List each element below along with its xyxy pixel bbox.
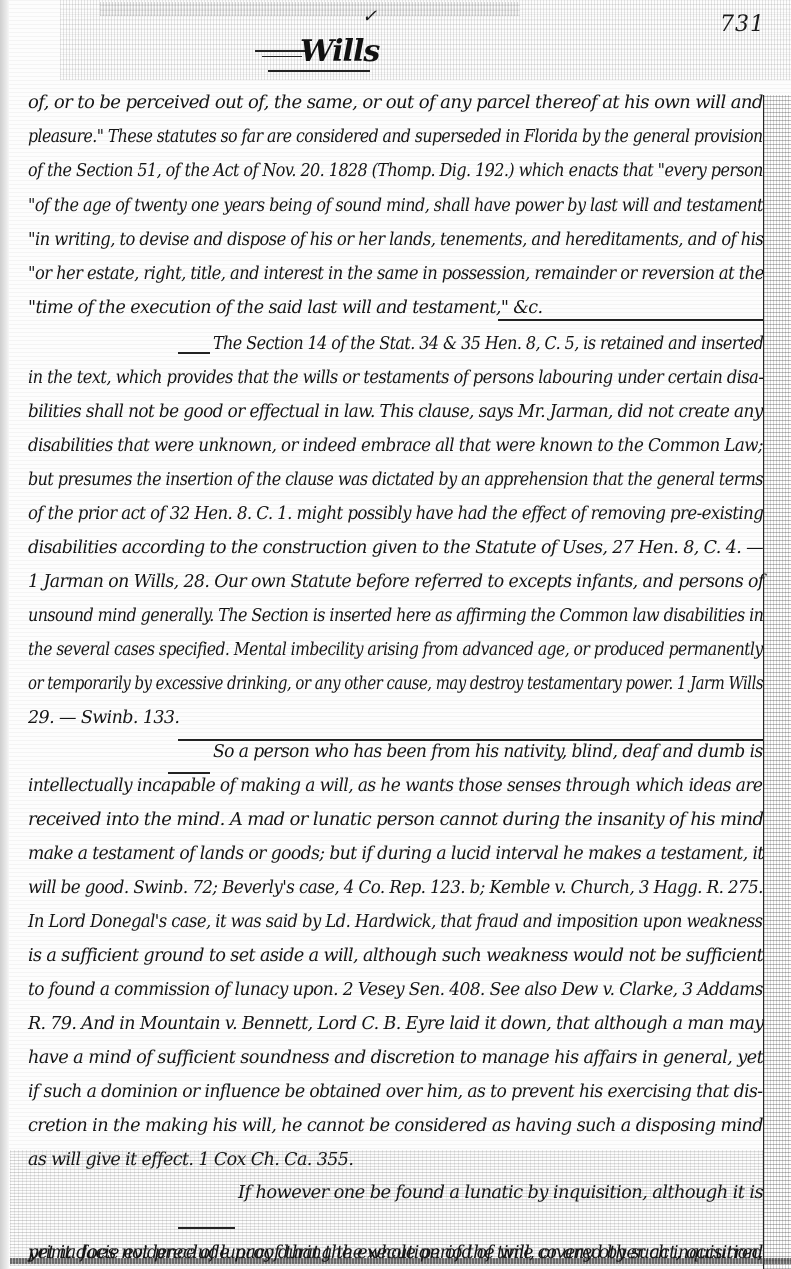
title-underline <box>268 70 370 72</box>
end-line-rule <box>178 739 763 741</box>
paragraph-start-line: So a person who has been from his nativi… <box>213 742 763 762</box>
text-line: make a testament of lands or goods; but … <box>28 844 764 864</box>
text-line: intellectually incapable of making a wil… <box>28 776 762 796</box>
text-line: received into the mind. A mad or lunatic… <box>28 810 763 830</box>
scan-noise-top-dark <box>100 2 520 16</box>
paragraph-start-line: The Section 14 of the Stat. 34 & 35 Hen.… <box>213 334 763 354</box>
paragraph-lead-rule <box>178 1227 235 1229</box>
text-line: 29. — Swinb. 133. <box>28 708 179 728</box>
text-line: yet it does not preclude proof that the … <box>28 1243 763 1263</box>
text-line: of, or to be perceived out of, the same,… <box>28 93 763 113</box>
paragraph-start-line: If however one be found a lunatic by inq… <box>238 1183 763 1203</box>
text-line: disabilities that were unknown, or indee… <box>28 436 763 456</box>
text-line: 1 Jarman on Wills, 28. Our own Statute b… <box>28 572 764 592</box>
title-flourish <box>255 50 305 54</box>
text-line: "time of the execution of the said last … <box>28 298 542 318</box>
text-line: of the Section 51, of the Act of Nov. 20… <box>28 161 763 181</box>
text-line: "in writing, to devise and dispose of hi… <box>28 230 763 250</box>
text-line: in the text, which provides that the wil… <box>28 368 763 388</box>
text-line: bilities shall not be good or effectual … <box>28 402 763 422</box>
text-line: In Lord Donegal's case, it was said by L… <box>28 912 762 932</box>
text-line: is a sufficient ground to set aside a wi… <box>28 946 763 966</box>
text-line: R. 79. And in Mountain v. Bennett, Lord … <box>28 1014 764 1034</box>
page-number: 731 <box>720 12 765 37</box>
text-line: "or her estate, right, title, and intere… <box>28 264 764 284</box>
scan-edge-left <box>0 0 9 1269</box>
insertion-mark: ✓ <box>362 6 377 27</box>
end-line-rule <box>498 319 763 321</box>
text-line: as will give it effect. 1 Cox Ch. Ca. 35… <box>28 1150 353 1170</box>
text-line: cretion in the making his will, he canno… <box>28 1116 763 1136</box>
right-margin-rule <box>763 95 791 1269</box>
text-line: or temporarily by excessive drinking, or… <box>28 674 763 694</box>
text-line: but presumes the insertion of the clause… <box>28 470 763 490</box>
text-line: pleasure." These statutes so far are con… <box>28 127 763 147</box>
text-line: have a mind of sufficient soundness and … <box>28 1048 763 1068</box>
page-title: Wills <box>300 34 379 69</box>
paragraph-lead-rule <box>168 772 210 774</box>
title-flourish <box>262 56 302 59</box>
manuscript-page: ✓ 731 Wills of, or to be perceived out o… <box>0 0 791 1269</box>
text-line: will be good. Swinb. 72; Beverly's case,… <box>28 878 763 898</box>
text-line: if such a dominion or influence be obtai… <box>28 1082 762 1102</box>
text-line: unsound mind generally. The Section is i… <box>28 606 763 626</box>
paragraph-lead-rule <box>178 352 210 354</box>
text-line: the several cases specified. Mental imbe… <box>28 640 763 660</box>
text-line: disabilities according to the constructi… <box>28 538 763 558</box>
text-line: of the prior act of 32 Hen. 8. C. 1. mig… <box>28 504 763 524</box>
text-line: to found a commission of lunacy upon. 2 … <box>28 980 763 1000</box>
text-line: "of the age of twenty one years being of… <box>28 196 763 216</box>
